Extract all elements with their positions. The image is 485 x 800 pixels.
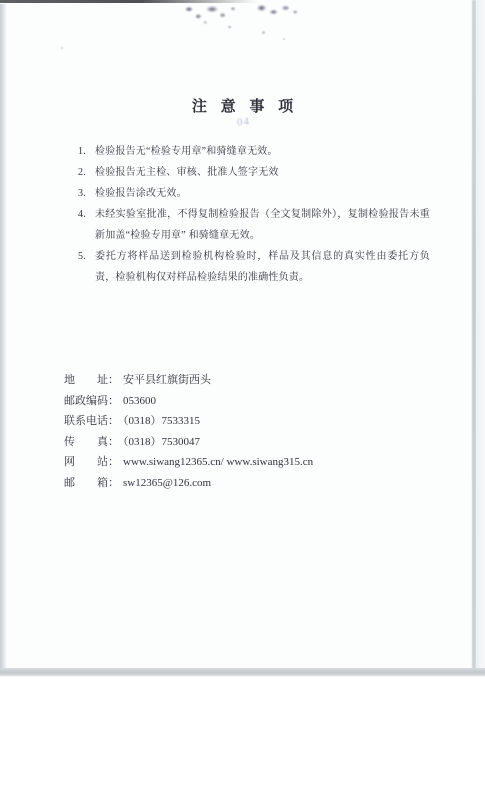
- note-number: 5.: [78, 246, 95, 267]
- note-text: 检验报告涂改无效。: [95, 183, 430, 204]
- ink-speck: [61, 47, 63, 49]
- ink-speck: [283, 38, 285, 40]
- contact-value: （0318）7533315: [123, 415, 200, 427]
- note-text: 未经实验室批准，不得复制检验报告（全文复制除外），复制检验报告未重新加盖“检验专…: [95, 204, 430, 246]
- ink-speck: [228, 26, 231, 28]
- contact-line-postcode: 邮政编码：053600: [64, 391, 313, 412]
- scanned-document: 注 意 事 项 04 1. 检验报告无“检验专用章”和骑缝章无效。 2. 检验报…: [0, 0, 485, 800]
- contact-value: 053600: [123, 395, 156, 407]
- contact-line-address: 地 址：安平县红旗街西头: [64, 370, 313, 391]
- note-item: 5. 委托方将样品送到检验机构检验时，样品及其信息的真实性由委托方负责，检验机构…: [78, 246, 430, 288]
- contact-block: 地 址：安平县红旗街西头 邮政编码：053600 联系电话：（0318）7533…: [64, 370, 313, 494]
- note-number: 2.: [78, 162, 95, 183]
- notes-list: 1. 检验报告无“检验专用章”和骑缝章无效。 2. 检验报告无主检、审核、批准人…: [78, 141, 430, 288]
- contact-line-website: 网 站：www.siwang12365.cn/ www.siwang315.cn: [64, 452, 313, 473]
- contact-value: 安平县红旗街西头: [123, 374, 211, 386]
- contact-label: 地 址：: [64, 374, 119, 386]
- note-item: 4. 未经实验室批准，不得复制检验报告（全文复制除外），复制检验报告未重新加盖“…: [78, 204, 430, 246]
- contact-value: www.siwang12365.cn/ www.siwang315.cn: [123, 456, 313, 468]
- contact-value: （0318）7530047: [123, 436, 200, 448]
- contact-value: sw12365@126.com: [123, 477, 211, 489]
- note-number: 3.: [78, 183, 95, 204]
- contact-label: 联系电话：: [64, 415, 119, 427]
- ink-speck: [262, 31, 265, 34]
- contact-line-email: 邮 箱：sw12365@126.com: [64, 473, 313, 494]
- contact-label: 网 站：: [64, 456, 119, 468]
- ink-smudge: [252, 1, 300, 21]
- note-item: 1. 检验报告无“检验专用章”和骑缝章无效。: [78, 141, 430, 162]
- ink-smudge: [182, 2, 240, 26]
- note-item: 3. 检验报告涂改无效。: [78, 183, 430, 204]
- note-number: 1.: [78, 141, 95, 162]
- contact-line-fax: 传 真：（0318）7530047: [64, 432, 313, 453]
- note-text: 检验报告无“检验专用章”和骑缝章无效。: [95, 141, 430, 162]
- contact-label: 邮政编码：: [64, 395, 119, 407]
- scan-paper-bottom-edge: [0, 668, 485, 677]
- contact-label: 邮 箱：: [64, 477, 119, 489]
- contact-label: 传 真：: [64, 436, 119, 448]
- faint-smudge: 04: [236, 115, 250, 128]
- paper-sheet: 注 意 事 项 04 1. 检验报告无“检验专用章”和骑缝章无效。 2. 检验报…: [0, 0, 485, 672]
- note-text: 委托方将样品送到检验机构检验时，样品及其信息的真实性由委托方负责，检验机构仅对样…: [95, 246, 430, 288]
- note-text: 检验报告无主检、审核、批准人签字无效: [95, 162, 430, 183]
- contact-line-phone: 联系电话：（0318）7533315: [64, 411, 313, 432]
- note-item: 2. 检验报告无主检、审核、批准人签字无效: [78, 162, 430, 183]
- page-title: 注 意 事 项: [0, 95, 485, 116]
- note-number: 4.: [78, 204, 95, 225]
